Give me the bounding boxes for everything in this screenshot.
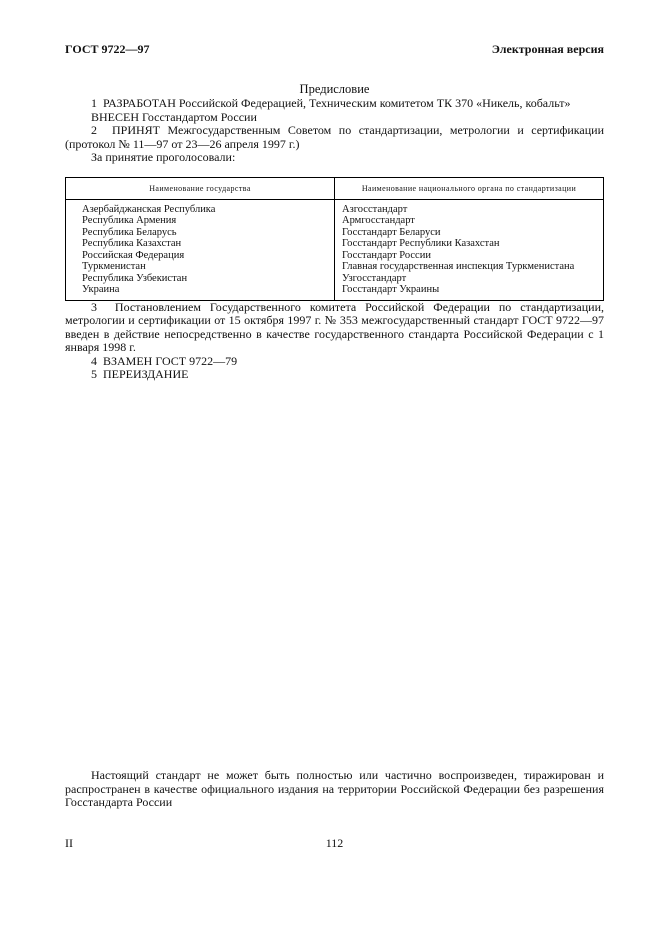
- page-header: ГОСТ 9722—97 Электронная версия: [65, 42, 604, 57]
- foreword-item-3: 3 Постановлением Государственного комите…: [65, 301, 604, 355]
- foreword-item-1-vnesen: ВНЕСЕН Госстандартом России: [65, 111, 604, 125]
- edition-label: Электронная версия: [492, 42, 604, 57]
- country-cell: Туркменистан: [66, 261, 335, 273]
- country-cell: Республика Узбекистан: [66, 273, 335, 285]
- page-title: Предисловие: [65, 82, 604, 97]
- page-content: ГОСТ 9722—97 Электронная версия Предисло…: [65, 42, 604, 382]
- body-cell: Госстандарт Украины: [335, 284, 604, 300]
- body-cell: Главная государственная инспекция Туркме…: [335, 261, 604, 273]
- vote-intro: За принятие проголосовали:: [65, 151, 604, 165]
- table-header-row: Наименование государства Наименование на…: [66, 177, 604, 199]
- document-page: ГОСТ 9722—97 Электронная версия Предисло…: [0, 0, 661, 936]
- table-row: Республика Казахстан Госстандарт Республ…: [66, 238, 604, 250]
- foreword-item-2: 2 ПРИНЯТ Межгосударственным Советом по с…: [65, 124, 604, 151]
- body-cell: Азгосстандарт: [335, 199, 604, 215]
- country-cell: Азербайджанская Республика: [66, 199, 335, 215]
- country-cell: Республика Казахстан: [66, 238, 335, 250]
- body-cell: Госстандарт Республики Казахстан: [335, 238, 604, 250]
- vote-table-body: Азербайджанская Республика Азгосстандарт…: [66, 199, 604, 300]
- table-header-body: Наименование национального органа по ста…: [335, 177, 604, 199]
- body-cell: Армгосстандарт: [335, 215, 604, 227]
- table-row: Республика Узбекистан Узгосстандарт: [66, 273, 604, 285]
- doc-number: ГОСТ 9722—97: [65, 42, 150, 57]
- vote-table: Наименование государства Наименование на…: [65, 177, 604, 301]
- table-row: Украина Госстандарт Украины: [66, 284, 604, 300]
- body-cell: Госстандарт Беларуси: [335, 227, 604, 239]
- foreword-item-5: 5 ПЕРЕИЗДАНИЕ: [65, 368, 604, 382]
- table-header-country: Наименование государства: [66, 177, 335, 199]
- table-row: Республика Беларусь Госстандарт Беларуси: [66, 227, 604, 239]
- foreword-item-4: 4 ВЗАМЕН ГОСТ 9722—79: [65, 355, 604, 369]
- table-row: Российская Федерация Госстандарт России: [66, 250, 604, 262]
- country-cell: Республика Беларусь: [66, 227, 335, 239]
- country-cell: Российская Федерация: [66, 250, 335, 262]
- table-row: Туркменистан Главная государственная инс…: [66, 261, 604, 273]
- vote-table-head: Наименование государства Наименование на…: [66, 177, 604, 199]
- table-row: Азербайджанская Республика Азгосстандарт: [66, 199, 604, 215]
- table-row: Республика Армения Армгосстандарт: [66, 215, 604, 227]
- country-cell: Республика Армения: [66, 215, 335, 227]
- page-number: 112: [65, 836, 604, 851]
- copyright-note: Настоящий стандарт не может быть полност…: [65, 769, 604, 810]
- country-cell: Украина: [66, 284, 335, 300]
- foreword-item-1: 1 РАЗРАБОТАН Российской Федерацией, Техн…: [65, 97, 604, 111]
- body-cell: Узгосстандарт: [335, 273, 604, 285]
- body-cell: Госстандарт России: [335, 250, 604, 262]
